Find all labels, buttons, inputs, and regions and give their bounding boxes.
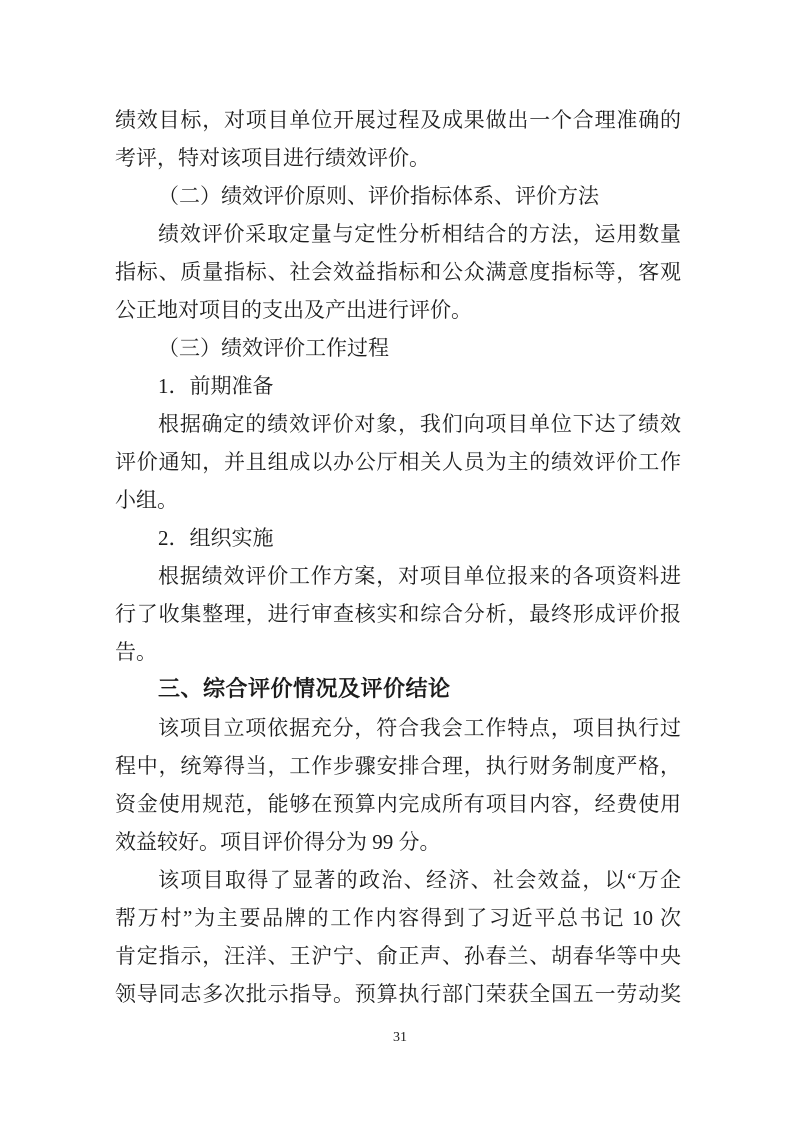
document-page: 绩效目标，对项目单位开展过程及成果做出一个合理准确的 考评，特对该项目进行绩效评…	[0, 0, 800, 1131]
heading-level2-principles: （二）绩效评价原则、评价指标体系、评价方法	[115, 177, 681, 215]
body-line: 评价通知，并且组成以办公厅相关人员为主的绩效评价工作	[115, 443, 681, 481]
page-number: 31	[0, 1030, 800, 1046]
subheading-implementation: 2．组织实施	[115, 519, 681, 557]
text-block: 绩效目标，对项目单位开展过程及成果做出一个合理准确的 考评，特对该项目进行绩效评…	[115, 101, 681, 1013]
body-line: 肯定指示，汪洋、王沪宁、俞正声、孙春兰、胡春华等中央	[115, 937, 681, 975]
heading-level1-conclusion: 三、综合评价情况及评价结论	[115, 671, 681, 709]
body-line: 行了收集整理，进行审查核实和综合分析，最终形成评价报	[115, 595, 681, 633]
body-line: 该项目立项依据充分，符合我会工作特点，项目执行过	[115, 709, 681, 747]
body-line: 公正地对项目的支出及产出进行评价。	[115, 291, 681, 329]
body-line: 程中，统筹得当，工作步骤安排合理，执行财务制度严格，	[115, 747, 681, 785]
body-line: 绩效目标，对项目单位开展过程及成果做出一个合理准确的	[115, 101, 681, 139]
body-line: 考评，特对该项目进行绩效评价。	[115, 139, 681, 177]
body-line: 领导同志多次批示指导。预算执行部门荣获全国五一劳动奖	[115, 975, 681, 1013]
body-line: 资金使用规范，能够在预算内完成所有项目内容，经费使用	[115, 785, 681, 823]
body-line: 告。	[115, 633, 681, 671]
heading-level2-process: （三）绩效评价工作过程	[115, 329, 681, 367]
body-line: 帮万村”为主要品牌的工作内容得到了习近平总书记 10 次	[115, 899, 681, 937]
body-line: 该项目取得了显著的政治、经济、社会效益，以“万企	[115, 861, 681, 899]
body-line: 指标、质量指标、社会效益指标和公众满意度指标等，客观	[115, 253, 681, 291]
body-line: 根据确定的绩效评价对象，我们向项目单位下达了绩效	[115, 405, 681, 443]
body-line: 绩效评价采取定量与定性分析相结合的方法，运用数量	[115, 215, 681, 253]
subheading-preparation: 1．前期准备	[115, 367, 681, 405]
body-line: 效益较好。项目评价得分为 99 分。	[115, 823, 681, 861]
body-line: 小组。	[115, 481, 681, 519]
body-line: 根据绩效评价工作方案，对项目单位报来的各项资料进	[115, 557, 681, 595]
